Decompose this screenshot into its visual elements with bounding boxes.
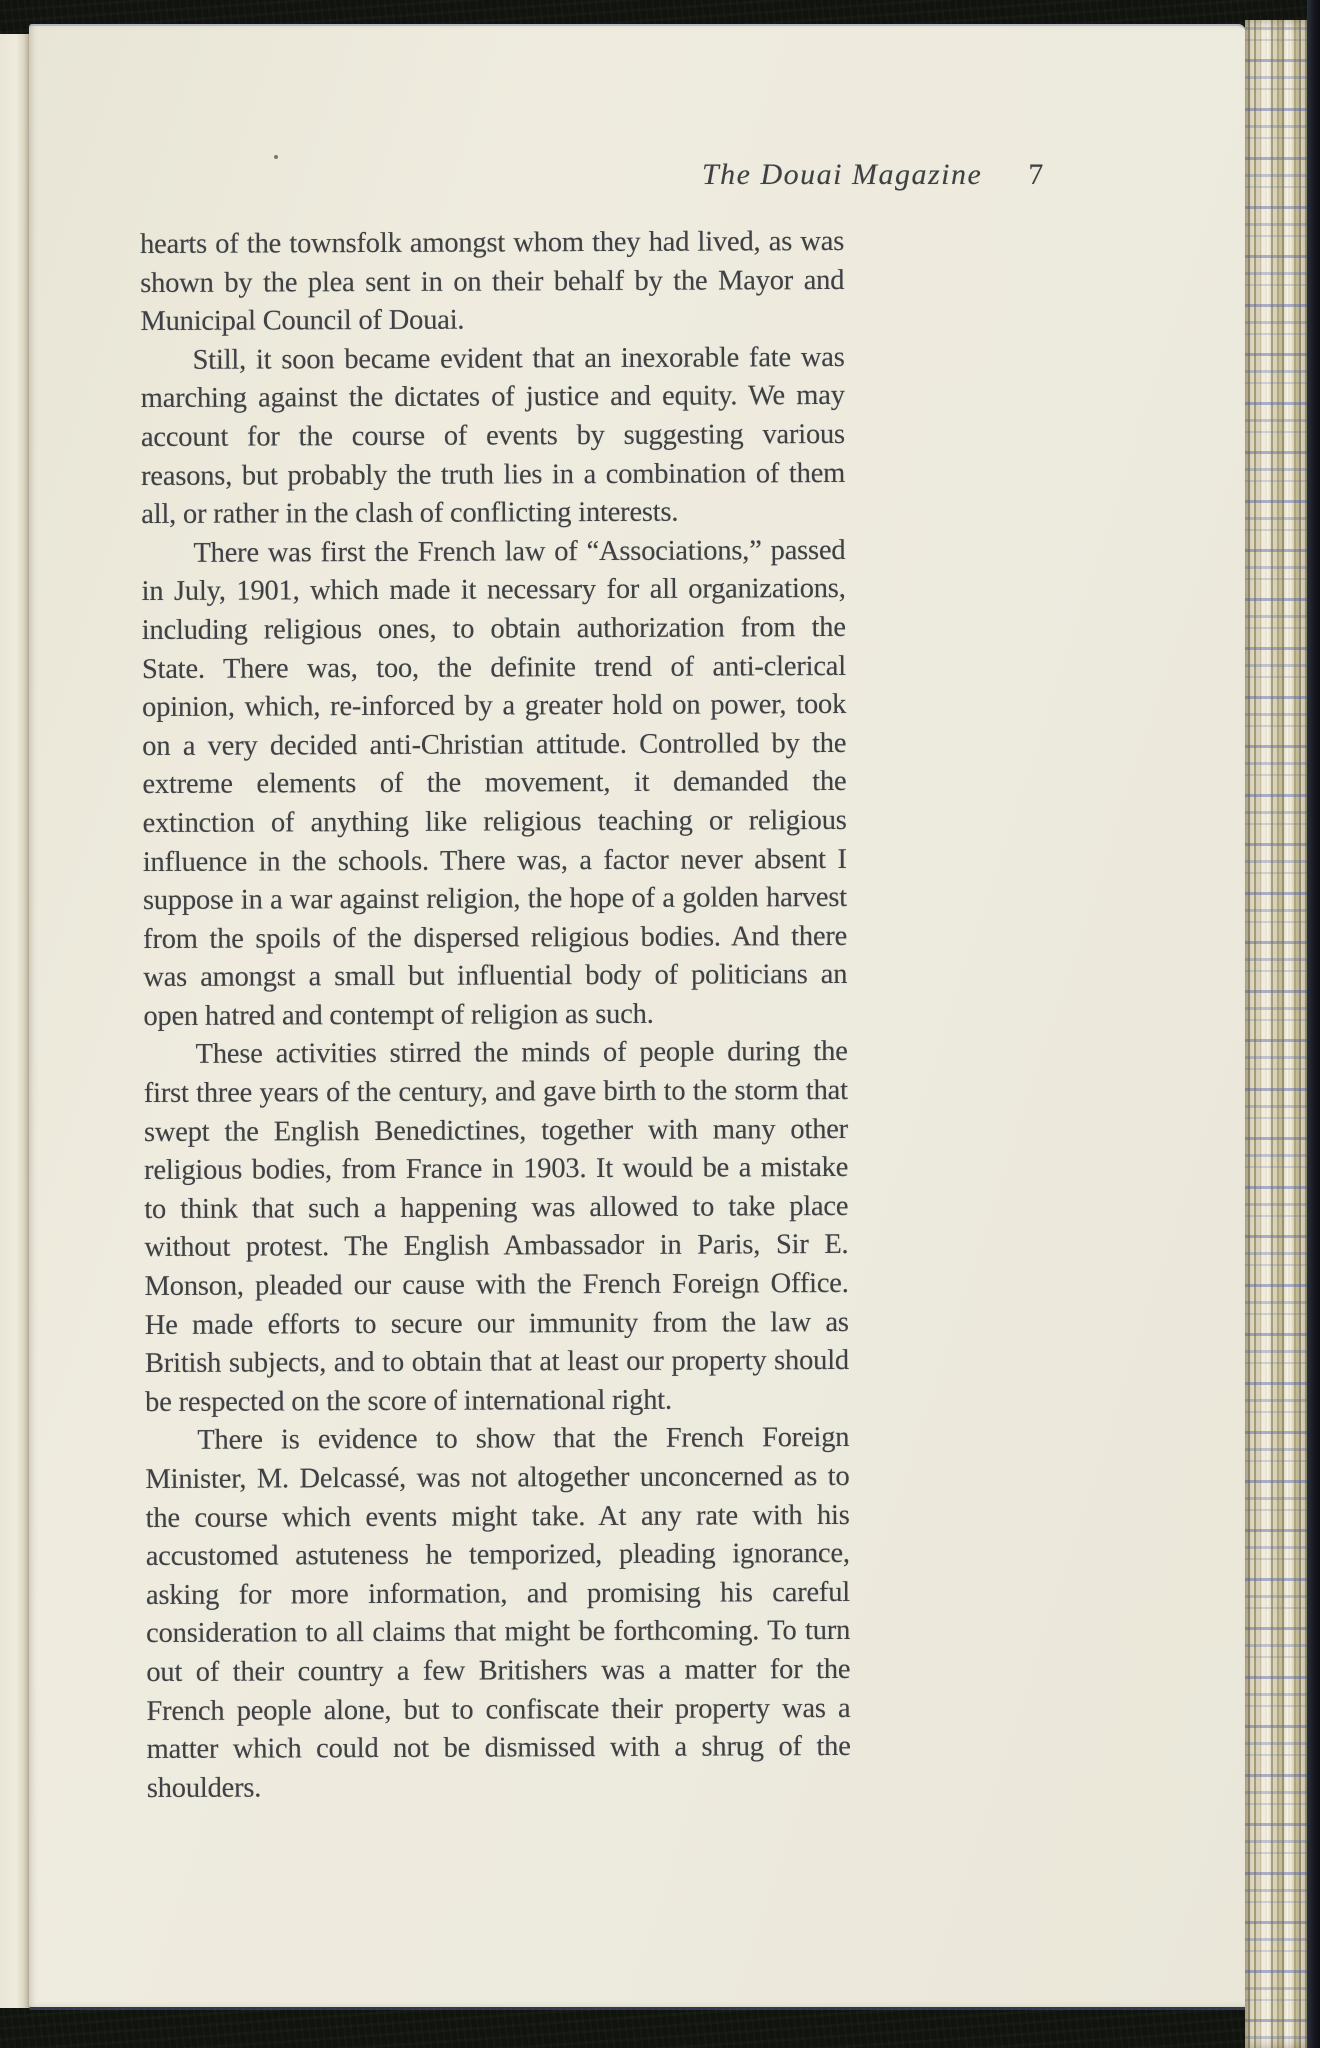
book-scan: The Douai Magazine 7 hearts of the towns… — [0, 0, 1320, 2048]
paragraph: There was first the French law of “Assoc… — [141, 532, 847, 1037]
paragraph: Still, it soon became evident that an in… — [141, 339, 846, 535]
facing-page-edge — [0, 34, 30, 2008]
page-body-text: hearts of the townsfolk amongst whom the… — [140, 223, 851, 1808]
page-number: 7 — [1028, 158, 1043, 192]
magazine-title: The Douai Magazine — [702, 158, 982, 192]
running-header: The Douai Magazine 7 — [702, 158, 1082, 192]
paragraph: hearts of the townsfolk amongst whom the… — [140, 223, 844, 342]
paragraph: There is evidence to show that the Frenc… — [145, 1419, 851, 1808]
page-edges-stack — [1245, 20, 1307, 2048]
book-cover-edge — [1307, 0, 1320, 2048]
paragraph: These activities stirred the minds of pe… — [144, 1033, 850, 1422]
scan-artifact-dot — [274, 155, 278, 159]
